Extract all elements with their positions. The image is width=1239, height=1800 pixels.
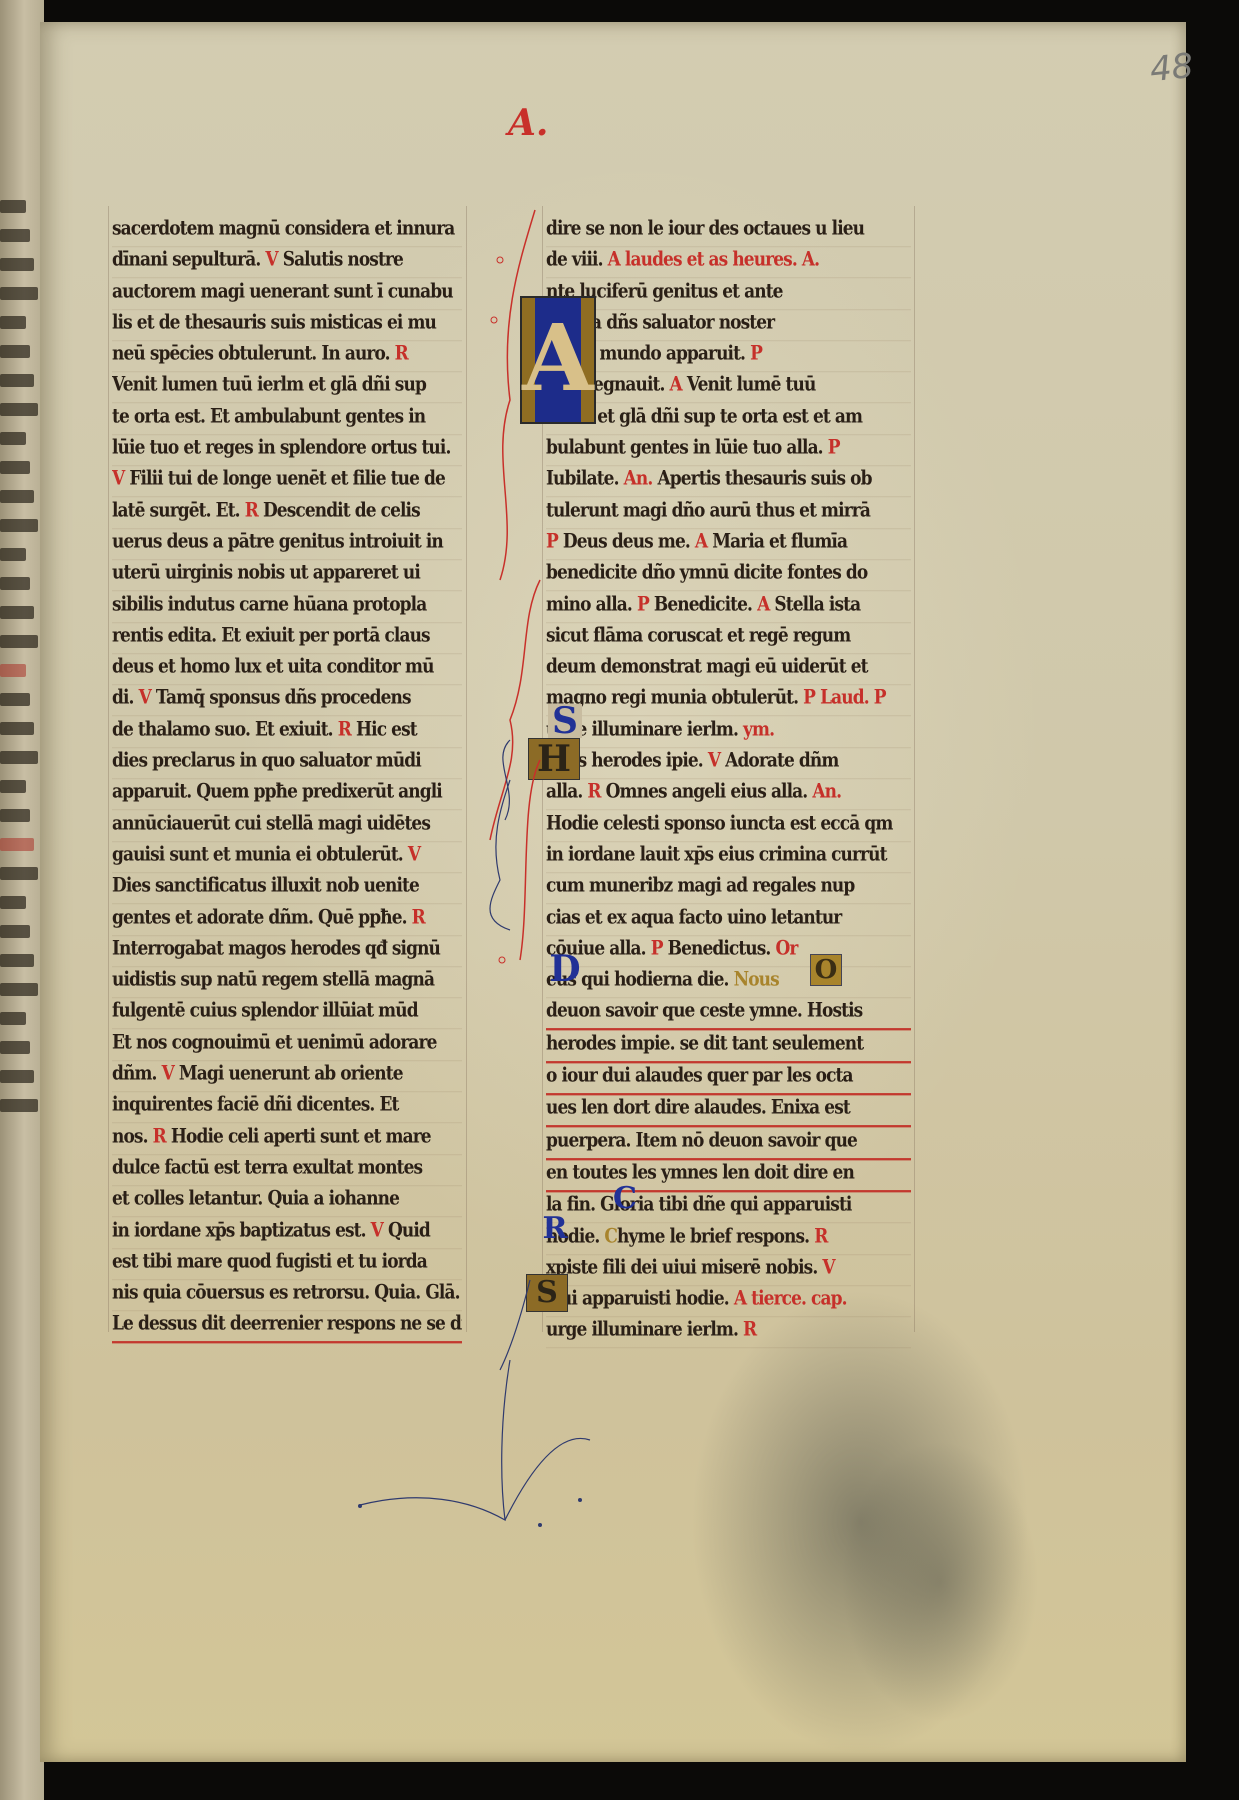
text-segment: dire se non le iour des octaues u lieu (546, 217, 864, 240)
text-segment: de viii. (546, 249, 608, 272)
text-segment: deuon savoir que ceste ymne. Hostis (546, 1000, 862, 1023)
text-segment: Qui apparuisti hodie. (546, 1287, 734, 1310)
folio-number: 48 (1148, 46, 1195, 90)
decorated-initial-s: S (548, 704, 582, 738)
text-segment: fulgentē cuius splendor illūiat mūd (112, 1000, 418, 1023)
text-segment: urge illuminare ierlm. (546, 1319, 743, 1342)
text-segment: Maria et flumīa (707, 530, 847, 553)
text-line: ues len dort dire alaudes. Enixa est (546, 1091, 911, 1128)
text-segment: nis quia cōuersus es retrorsu. Quia. Glā… (112, 1281, 462, 1304)
text-segment: in iordane xp̄s baptizatus est. (112, 1219, 371, 1242)
text-segment: Magi uenerunt ab oriente (174, 1062, 403, 1085)
text-segment: Filii tui de longe uenēt et filie tue de (124, 468, 445, 491)
text-segment: in iordane lauit xp̄s eius crimina currū… (546, 843, 887, 866)
rubric-text: A (670, 374, 682, 397)
text-line: dīnani sepulturā. V Salutis nostre (112, 243, 462, 279)
text-segment: benedicite dño ymnū dicite fontes do (546, 562, 867, 585)
rubric-text: ym. (743, 718, 774, 741)
text-segment: Quid (383, 1219, 430, 1242)
text-segment: Salutis nostre (278, 249, 403, 272)
text-segment: puerpera. Item nō deuon savoir que (546, 1129, 857, 1152)
text-line: de viii. A laudes et as heures. A. (546, 243, 911, 279)
text-segment: Le dessus dit deerrenier respons ne se d… (112, 1313, 462, 1336)
rubric-text: V (822, 1256, 834, 1279)
text-segment: en toutes les ymnes len doit dire en (546, 1161, 854, 1184)
rubric-text: An. (812, 781, 841, 804)
text-segment: magno regi munia obtulerūt. (546, 687, 803, 710)
text-segment: Descendit de celis (258, 499, 420, 522)
text-line: cum muneribz magi ad regales nup (546, 869, 911, 905)
rubric-top-mark: A. (508, 102, 548, 144)
text-segment: de thalamo suo. Et exiuit. (112, 718, 338, 741)
text-segment: Omnes angeli eius alla. (601, 781, 813, 804)
text-segment: Adorate dñm (720, 749, 838, 772)
text-segment: Stella ista (769, 593, 860, 616)
text-segment: dulce factū est terra exultat montes (112, 1156, 422, 1179)
rubric-text: R (153, 1125, 166, 1148)
text-segment: est tibi mare quod fugisti et tu iorda (112, 1250, 427, 1273)
text-line: V Filii tui de longe uenēt et filie tue … (112, 462, 462, 498)
gilded-initial-s: S (526, 1274, 568, 1312)
text-segment: uterū uirginis nobis ut appareret ui (112, 562, 420, 585)
text-segment: Hodie celesti sponso iuncta est eccā qm (546, 812, 892, 835)
text-segment: Benedictus. (663, 937, 776, 960)
text-segment: apparuit. Quem ppħe predixerūt angli (112, 781, 442, 804)
text-segment: deus et homo lux et uita conditor mū (112, 656, 434, 679)
text-segment: Apertis thesauris suis ob (652, 468, 871, 491)
text-segment: la fin. Gloria tibi dñe qui apparuisti (546, 1194, 851, 1217)
text-line: alla. R Omnes angeli eius alla. An. (546, 775, 911, 811)
text-line: Le dessus dit deerrenier respons ne se d… (112, 1307, 462, 1344)
text-segment: Et nos cognouimū et uenimū adorare (112, 1031, 437, 1054)
rubric-text: R (245, 499, 258, 522)
rubric-text: R (587, 781, 600, 804)
text-segment: di. (112, 687, 139, 710)
text-segment: neū spēcies obtulerunt. In auro. (112, 343, 395, 366)
text-segment: cias et ex aqua facto uino letantur (546, 906, 841, 929)
rubric-text: A (757, 593, 769, 616)
rubric-text: V (408, 843, 420, 866)
text-segment: gentes et adorate dñm. Quē ppħe. (112, 906, 412, 929)
rubric-text: V (371, 1219, 383, 1242)
decorated-initial-c: C (612, 1184, 638, 1214)
text-line: urge illuminare ierlm. R (546, 1313, 911, 1349)
rubric-text: P (651, 937, 663, 960)
text-segment: dñm. (112, 1062, 162, 1085)
text-segment: sacerdotem magnū considera et innura (112, 217, 454, 240)
rubric-text: P (546, 530, 558, 553)
text-segment: dies preclarus in quo saluator mūdi (112, 749, 421, 772)
rubric-text: A (695, 530, 707, 553)
text-segment: hyme le brief respons. (617, 1225, 814, 1248)
text-segment: alla. (546, 781, 587, 804)
ruling-line (108, 206, 109, 1332)
text-line: inquirentes faciē dñi dicentes. Et (112, 1088, 462, 1124)
text-segment: Venit lumē tuū (682, 374, 816, 397)
text-segment: et colles letantur. Quia a iohanne (112, 1188, 399, 1211)
text-segment: tulerunt magi dño aurū thus et mirrā (546, 499, 870, 522)
text-segment: Deus deus me. (558, 530, 695, 553)
text-segment: mino alla. (546, 593, 637, 616)
text-segment: te orta est. Et ambulabunt gentes in (112, 405, 425, 428)
rubric-text: V (265, 249, 277, 272)
text-segment: lis et de thesauris suis misticas ei mu (112, 311, 436, 334)
rubric-text: R (395, 343, 408, 366)
rubric-text: V (139, 687, 151, 710)
text-line: uterū uirginis nobis ut appareret ui (112, 556, 462, 592)
text-segment: uidistis sup natū regem stellā magnā (112, 969, 434, 992)
rubric-text: V (112, 468, 124, 491)
text-line: benedicite dño ymnū dicite fontes do (546, 556, 911, 592)
ruling-line (466, 206, 467, 1332)
text-line: Dies sanctificatus illuxit nob uenite (112, 869, 462, 905)
text-segment: Iubilate. (546, 468, 624, 491)
text-segment: auctorem magi uenerant sunt ī cunabu (112, 280, 453, 303)
text-segment: dīnani sepulturā. (112, 249, 265, 272)
illuminated-initial-a: A (520, 296, 596, 424)
rubric-text: R (412, 906, 425, 929)
text-segment: nos. (112, 1125, 153, 1148)
rubric-text: P (637, 593, 649, 616)
text-segment: annūciauerūt cui stellā magi uidētes (112, 812, 430, 835)
text-column-right: dire se non le iour des octaues u lieude… (546, 214, 911, 1347)
text-line: apparuit. Quem ppħe predixerūt angli (112, 775, 462, 811)
text-segment: lūie tuo et reges in splendore ortus tui… (112, 436, 450, 459)
text-segment: Venit lumen tuū ierlm et glā dñi sup (112, 374, 426, 397)
gilded-initial-h: H (528, 738, 580, 780)
text-segment: Hic est (351, 718, 417, 741)
rubric-text: R (814, 1225, 827, 1248)
text-segment: inquirentes faciē dñi dicentes. Et (112, 1094, 398, 1117)
text-segment: Hodie celi aperti sunt et mare (166, 1125, 431, 1148)
text-line: deuon savoir que ceste ymne. Hostis (546, 994, 911, 1031)
decorated-initial-d: D (548, 952, 582, 986)
rubric-text: V (708, 749, 720, 772)
ruling-line (914, 206, 915, 1332)
rubric-text: R (743, 1319, 756, 1342)
adjacent-page-edge (0, 0, 44, 1800)
rubric-text: P Laud. P (803, 687, 885, 710)
text-segment: gauisi sunt et munia ei obtulerūt. (112, 843, 408, 866)
text-segment: cum muneribz magi ad regales nup (546, 875, 854, 898)
gilded-initial-o: O (810, 954, 842, 986)
text-segment: o iour dui alaudes quer par les octa (546, 1064, 853, 1087)
rubric-text: Or (775, 937, 797, 960)
text-segment: latē surgēt. Et. (112, 499, 245, 522)
text-segment: sicut flāma coruscat et regē regum (546, 624, 850, 647)
text-segment: ues len dort dire alaudes. Enixa est (546, 1097, 850, 1120)
rubric-text: V (162, 1062, 174, 1085)
text-segment: deum demonstrat magi eū uiderūt et (546, 656, 868, 679)
text-line: la fin. Gloria tibi dñe qui apparuisti (546, 1188, 911, 1224)
text-segment: C (604, 1225, 617, 1248)
rubric-text: An. (624, 468, 653, 491)
rubric-text: P (828, 436, 840, 459)
text-segment: rentis edita. Et exiuit per portā claus (112, 624, 430, 647)
text-segment: Benedicite. (649, 593, 757, 616)
text-segment: uerus deus a pātre genitus introiuit in (112, 530, 443, 553)
text-column-left: sacerdotem magnū considera et innuradīna… (112, 214, 462, 1342)
text-line: et colles letantur. Quia a iohanne (112, 1182, 462, 1218)
text-segment: Dies sanctificatus illuxit nob uenite (112, 875, 419, 898)
text-line: Iubilate. An. Apertis thesauris suis ob (546, 462, 911, 498)
text-segment: Nous (734, 969, 779, 992)
rubric-text: R (338, 718, 351, 741)
text-segment: xpiste fili dei uiui miserē nobis. (546, 1256, 822, 1279)
rubric-text: P (750, 343, 762, 366)
rubric-text: A laudes et as heures. A. (608, 249, 820, 272)
text-segment: herodes impie. se dit tant seulement (546, 1032, 863, 1055)
text-segment: Interrogabat magos herodes qđ signū (112, 937, 440, 960)
decorated-initial-r: R (540, 1214, 570, 1244)
text-segment: Tamq̄ sponsus dñs procedens (151, 687, 411, 710)
text-segment: bulabunt gentes in lūie tuo alla. (546, 436, 828, 459)
rubric-text: A tierce. cap. (734, 1287, 847, 1310)
text-segment: sibilis indutus carne hūana protopla (112, 593, 426, 616)
